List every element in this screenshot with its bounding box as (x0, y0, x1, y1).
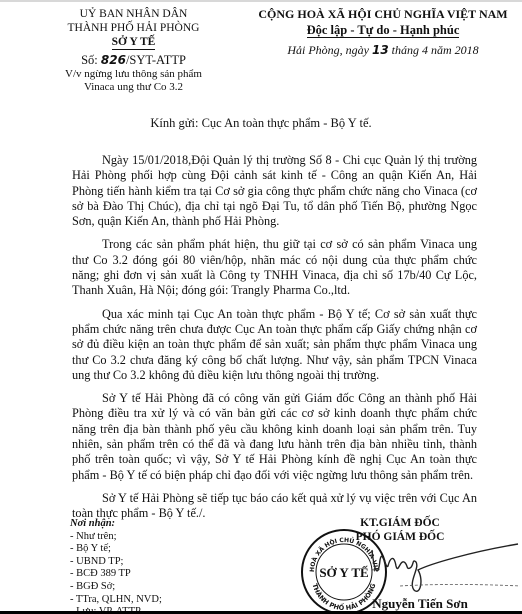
paragraph: Ngày 15/01/2018,Đội Quản lý thị trường S… (72, 153, 477, 229)
recipient-item: - UBND TP; (70, 556, 162, 569)
national-header: CỘNG HOÀ XÃ HỘI CHỦ NGHĨA VIỆT NAM Độc l… (238, 7, 522, 57)
recipients-list: Nơi nhận: - Như trên; - Bộ Y tế; - UBND … (70, 518, 162, 614)
date-prefix: Hải Phòng, ngày (287, 43, 372, 57)
national-motto: Độc lập - Tự do - Hạnh phúc (307, 23, 460, 38)
document-number-prefix: Số: (81, 53, 101, 67)
recipients-title: Nơi nhận: (70, 518, 162, 531)
recipient-item: - TTra, QLHN, NVD; (70, 594, 162, 607)
paragraph: Trong các sản phẩm phát hiện, thu giữ tạ… (72, 237, 477, 298)
recipient-item: - BCĐ 389 TP (70, 568, 162, 581)
date-day-handwritten: 13 (372, 43, 389, 57)
recipient-item: - Bộ Y tế; (70, 543, 162, 556)
letter-body: Ngày 15/01/2018,Đội Quản lý thị trường S… (72, 153, 477, 530)
issuer-org-line2: THÀNH PHỐ HẢI PHÒNG (46, 21, 221, 35)
subject-line2: Vinaca ung thư Co 3.2 (46, 81, 221, 94)
document-date: Hải Phòng, ngày 13 tháng 4 năm 2018 (238, 43, 522, 57)
issuer-org-line1: UỶ BAN NHÂN DÂN (46, 7, 221, 21)
paragraph: Qua xác minh tại Cục An toàn thực phẩm -… (72, 307, 477, 383)
issuer-department: SỞ Y TẾ (112, 36, 156, 50)
date-suffix: tháng 4 năm 2018 (389, 43, 479, 57)
recipient-item: - BGĐ Sở; (70, 581, 162, 594)
addressee: Kính gửi: Cục An toàn thực phẩm - Bộ Y t… (0, 116, 522, 131)
paragraph: Sở Y tế Hải Phòng đã có công văn gửi Giá… (72, 391, 477, 483)
issuer-header: UỶ BAN NHÂN DÂN THÀNH PHỐ HẢI PHÒNG SỞ Y… (46, 7, 221, 94)
document-number: Số: 826/SYT-ATTP (46, 53, 221, 68)
top-edge-line (0, 0, 522, 2)
handwritten-signature-icon (370, 540, 520, 600)
recipient-item: - Như trên; (70, 531, 162, 544)
subject-line1: V/v ngừng lưu thông sản phẩm (46, 68, 221, 81)
document-number-handwritten: 826 (101, 53, 126, 67)
document-number-suffix: /SYT-ATTP (126, 53, 186, 67)
national-title: CỘNG HOÀ XÃ HỘI CHỦ NGHĨA VIỆT NAM (238, 7, 522, 21)
stamp-center-text: SỞ Y TẾ (319, 565, 368, 580)
